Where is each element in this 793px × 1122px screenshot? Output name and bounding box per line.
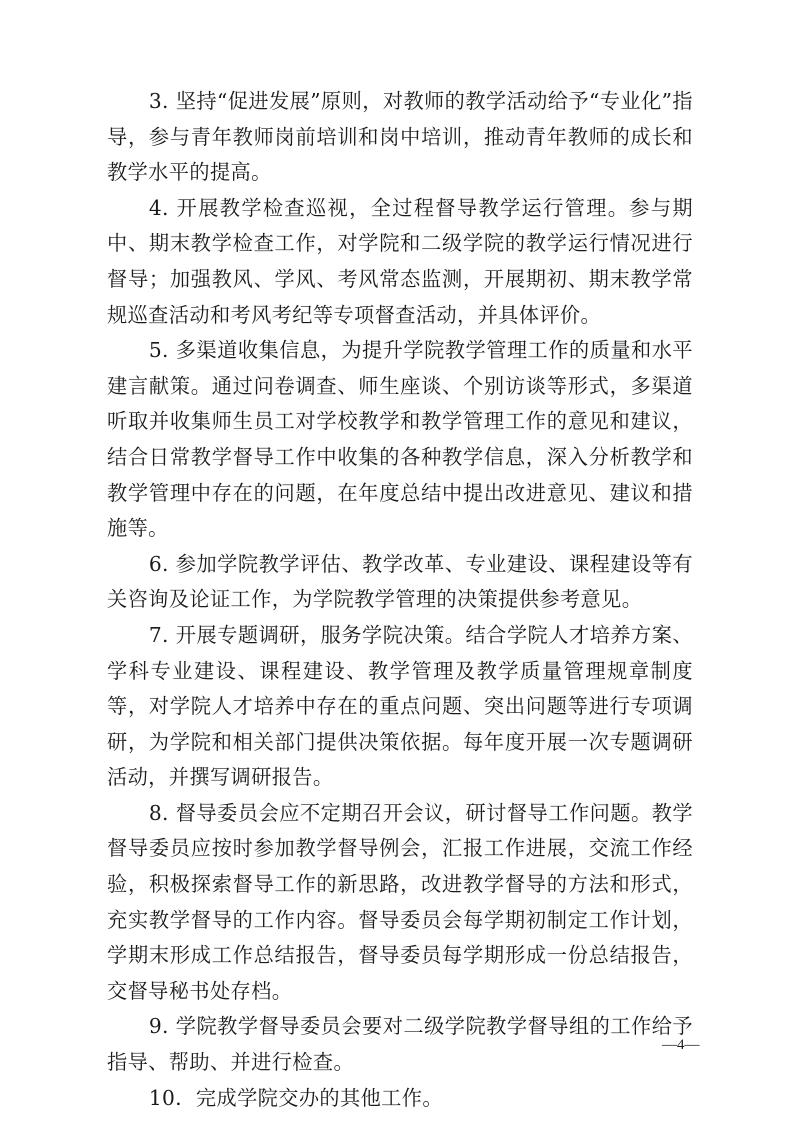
document-body: 3. 坚持“促进发展”原则，对教师的教学活动给予“专业化”指导，参与青年教师岗前… (107, 84, 693, 1116)
paragraph-item-4: 4. 开展教学检查巡视，全过程督导教学运行管理。参与期中、期末教学检查工作，对学… (107, 191, 693, 333)
paragraph-item-3: 3. 坚持“促进发展”原则，对教师的教学活动给予“专业化”指导，参与青年教师岗前… (107, 84, 693, 191)
paragraph-item-6: 6. 参加学院教学评估、教学改革、专业建设、课程建设等有关咨询及论证工作，为学院… (107, 547, 693, 618)
paragraph-item-5: 5. 多渠道收集信息，为提升学院教学管理工作的质量和水平建言献策。通过问卷调查、… (107, 333, 693, 547)
paragraph-item-8: 8. 督导委员会应不定期召开会议，研讨督导工作问题。教学督导委员应按时参加教学督… (107, 796, 693, 1010)
paragraph-item-7: 7. 开展专题调研，服务学院决策。结合学院人才培养方案、学科专业建设、课程建设、… (107, 618, 693, 796)
paragraph-item-10: 10．完成学院交办的其他工作。 (107, 1081, 693, 1117)
page-number: —4— (662, 1037, 700, 1054)
paragraph-item-9: 9. 学院教学督导委员会要对二级学院教学督导组的工作给予指导、帮助、并进行检查。 (107, 1009, 693, 1080)
